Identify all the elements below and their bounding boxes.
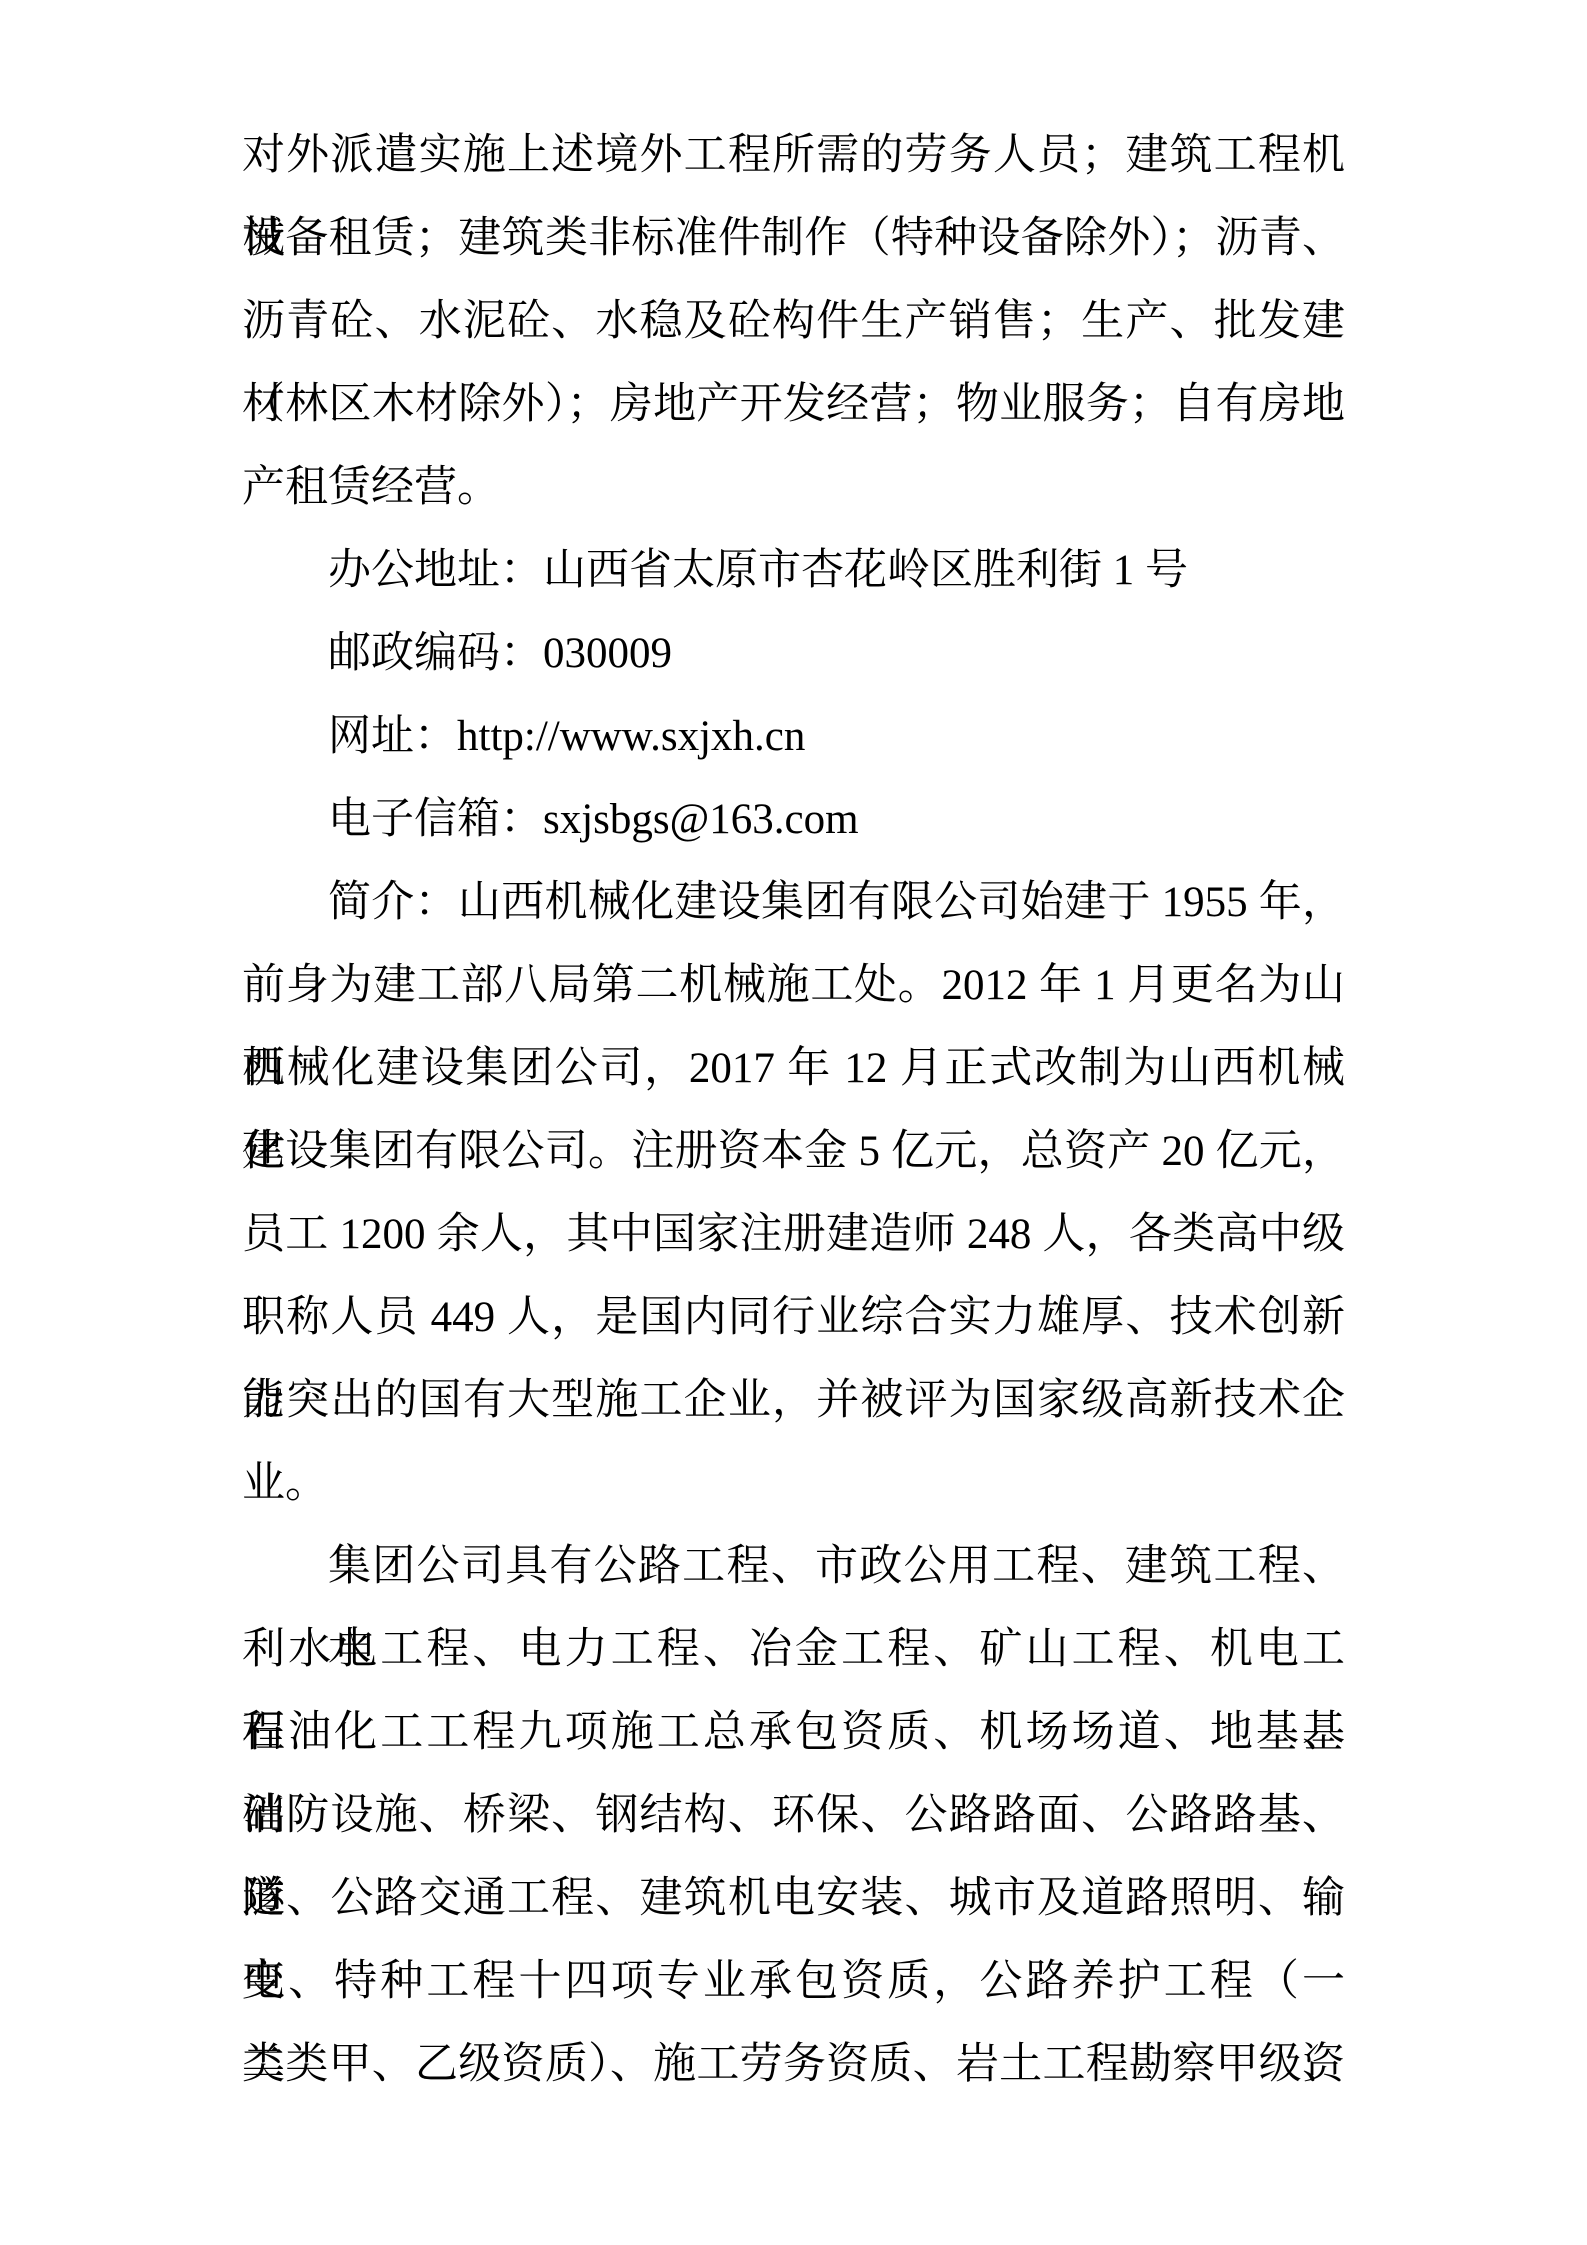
text-line: 设备租赁；建筑类非标准件制作（特种设备除外）；沥青、 [242, 197, 1345, 280]
text-line: 职称人员 449 人，是国内同行业综合实力雄厚、技术创新能 [242, 1276, 1345, 1359]
paragraph-email: 电子信箱：sxjsbgs@163.com [242, 778, 1345, 861]
text-line: 消防设施、桥梁、钢结构、环保、公路路面、公路路基、隧 [242, 1774, 1345, 1857]
text-line: 力突出的国有大型施工企业，并被评为国家级高新技术企 [242, 1359, 1345, 1442]
text-line: 集团公司具有公路工程、市政公用工程、建筑工程、水 [242, 1525, 1345, 1608]
text-line: 前身为建工部八局第二机械施工处。2012 年 1 月更名为山西 [242, 944, 1345, 1027]
text-line: 建设集团有限公司。注册资本金 5 亿元，总资产 20 亿元， [242, 1110, 1345, 1193]
text-line: 邮政编码：030009 [242, 612, 1345, 695]
text-line: 电、特种工程十四项专业承包资质，公路养护工程（一类、 [242, 1940, 1345, 2023]
text-line: 产租赁经营。 [242, 446, 1345, 529]
paragraph-office-address: 办公地址：山西省太原市杏花岭区胜利街 1 号 [242, 529, 1345, 612]
paragraph-qualifications: 集团公司具有公路工程、市政公用工程、建筑工程、水 利水电工程、电力工程、冶金工程… [242, 1525, 1345, 2106]
text-line: 沥青砼、水泥砼、水稳及砼构件生产销售；生产、批发建材 [242, 280, 1345, 363]
text-line: 员工 1200 余人，其中国家注册建造师 248 人，各类高中级 [242, 1193, 1345, 1276]
text-line: 网址：http://www.sxjxh.cn [242, 695, 1345, 778]
text-line: 利水电工程、电力工程、冶金工程、矿山工程、机电工程、 [242, 1608, 1345, 1691]
text-line: 简介：山西机械化建设集团有限公司始建于 1955 年， [242, 861, 1345, 944]
text-line: 二类甲、乙级资质）、施工劳务资质、岩土工程勘察甲级资 [242, 2023, 1345, 2106]
text-line: 道、公路交通工程、建筑机电安装、城市及道路照明、输变 [242, 1857, 1345, 1940]
text-line: 业。 [242, 1442, 1345, 1525]
text-line: （林区木材除外）；房地产开发经营；物业服务；自有房地 [242, 363, 1345, 446]
paragraph-introduction: 简介：山西机械化建设集团有限公司始建于 1955 年， 前身为建工部八局第二机械… [242, 861, 1345, 1525]
text-line: 电子信箱：sxjsbgs@163.com [242, 778, 1345, 861]
text-line: 对外派遣实施上述境外工程所需的劳务人员；建筑工程机械 [242, 114, 1345, 197]
document-body: 对外派遣实施上述境外工程所需的劳务人员；建筑工程机械 设备租赁；建筑类非标准件制… [242, 114, 1345, 2106]
text-line: 石油化工工程九项施工总承包资质、机场场道、地基基础、 [242, 1691, 1345, 1774]
paragraph-website: 网址：http://www.sxjxh.cn [242, 695, 1345, 778]
text-line: 办公地址：山西省太原市杏花岭区胜利街 1 号 [242, 529, 1345, 612]
document-page: 对外派遣实施上述境外工程所需的劳务人员；建筑工程机械 设备租赁；建筑类非标准件制… [0, 0, 1587, 2245]
paragraph-postal-code: 邮政编码：030009 [242, 612, 1345, 695]
paragraph-business-scope: 对外派遣实施上述境外工程所需的劳务人员；建筑工程机械 设备租赁；建筑类非标准件制… [242, 114, 1345, 529]
text-line: 机械化建设集团公司，2017 年 12 月正式改制为山西机械化 [242, 1027, 1345, 1110]
